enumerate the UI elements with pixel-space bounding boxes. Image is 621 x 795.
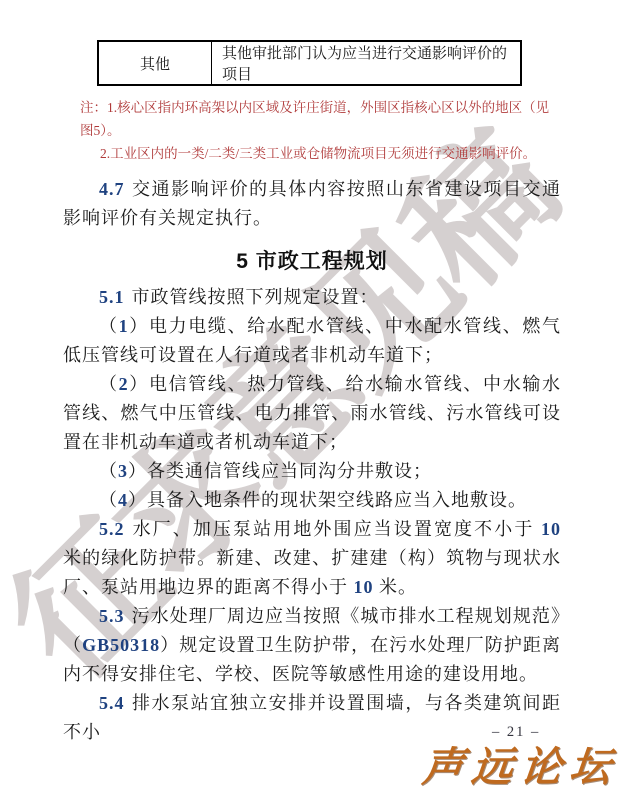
- clause-number: 4.7: [99, 179, 125, 199]
- footnote-2: 2.工业区内的一类/二类/三类工业或仓储物流项目无须进行交通影响评价。: [100, 142, 561, 165]
- clause-number: 5.1: [99, 287, 125, 307]
- item-number: 2: [119, 374, 129, 394]
- list-item-2: （2）电信管线、热力管线、给水输水管线、中水输水管线、燃气中压管线、电力排管、雨…: [63, 370, 561, 457]
- item-number: 4: [118, 490, 128, 510]
- table-cell-category: 其他: [98, 41, 212, 85]
- footnote-1: 注：1.核心区指内环高架以内区域及许庄街道，外围区指核心区以外的地区（见图5）。: [80, 96, 561, 142]
- paren-close: ）: [128, 490, 147, 510]
- paren-open: （: [99, 374, 119, 394]
- paren-close: ）: [128, 461, 147, 481]
- value-10m: 10: [354, 577, 374, 597]
- clause-5-2: 5.2水厂、加压泵站用地外围应当设置宽度不小于 10 米的绿化防护带。新建、改建…: [63, 515, 561, 602]
- clause-text: 米的绿化防护带。新建、改建、扩建建（构）筑物与现状水厂、泵站用地边界的距离不得小…: [63, 548, 561, 597]
- item-number: 3: [118, 461, 128, 481]
- paren-open: （: [99, 490, 118, 510]
- item-text: 具备入地条件的现状架空线路应当入地敷设。: [147, 490, 527, 510]
- clause-text: 水厂、加压泵站用地外围应当设置宽度不小于: [132, 519, 542, 539]
- paren-open: （: [99, 461, 118, 481]
- list-item-1: （1）电力电缆、给水配水管线、中水配水管线、燃气低压管线可设置在人行道或者非机动…: [63, 312, 561, 370]
- paren-open: （: [99, 316, 119, 336]
- clause-5-3: 5.3污水处理厂周边应当按照《城市排水工程规划规范》（GB50318）规定设置卫…: [63, 602, 561, 689]
- table-row: 其他 其他审批部门认为应当进行交通影响评价的项目: [98, 41, 521, 85]
- standard-code: GB50318: [82, 635, 160, 655]
- clause-text: 米。: [374, 577, 418, 597]
- item-number: 1: [119, 316, 129, 336]
- clause-number: 5.4: [99, 693, 125, 713]
- clause-text: 市政管线按照下列规定设置：: [132, 287, 379, 307]
- value-10m: 10: [541, 519, 561, 539]
- clause-5-1: 5.1市政管线按照下列规定设置：: [63, 283, 561, 312]
- clause-number: 5.3: [99, 606, 125, 626]
- table-cell-description: 其他审批部门认为应当进行交通影响评价的项目: [212, 41, 522, 85]
- approval-items-table: 其他 其他审批部门认为应当进行交通影响评价的项目: [97, 40, 522, 86]
- document-page: 征求意见稿 其他 其他审批部门认为应当进行交通影响评价的项目 注：1.核心区指内…: [0, 0, 621, 795]
- table-footnotes: 注：1.核心区指内环高架以内区域及许庄街道，外围区指核心区以外的地区（见图5）。…: [80, 96, 561, 165]
- clause-number: 5.2: [99, 519, 125, 539]
- paren-close: ）: [129, 316, 149, 336]
- item-text: 各类通信管线应当同沟分井敷设；: [147, 461, 432, 481]
- document-content: 其他 其他审批部门认为应当进行交通影响评价的项目 注：1.核心区指内环高架以内区…: [63, 40, 561, 747]
- forum-logo: 声远论坛: [420, 734, 621, 793]
- section-heading: 5 市政工程规划: [63, 245, 561, 275]
- paren-close: ）: [129, 374, 149, 394]
- clause-text: 交通影响评价的具体内容按照山东省建设项目交通影响评价有关规定执行。: [63, 179, 561, 228]
- clause-4-7: 4.7交通影响评价的具体内容按照山东省建设项目交通影响评价有关规定执行。: [63, 175, 561, 233]
- list-item-4: （4）具备入地条件的现状架空线路应当入地敷设。: [63, 486, 561, 515]
- list-item-3: （3）各类通信管线应当同沟分井敷设；: [63, 457, 561, 486]
